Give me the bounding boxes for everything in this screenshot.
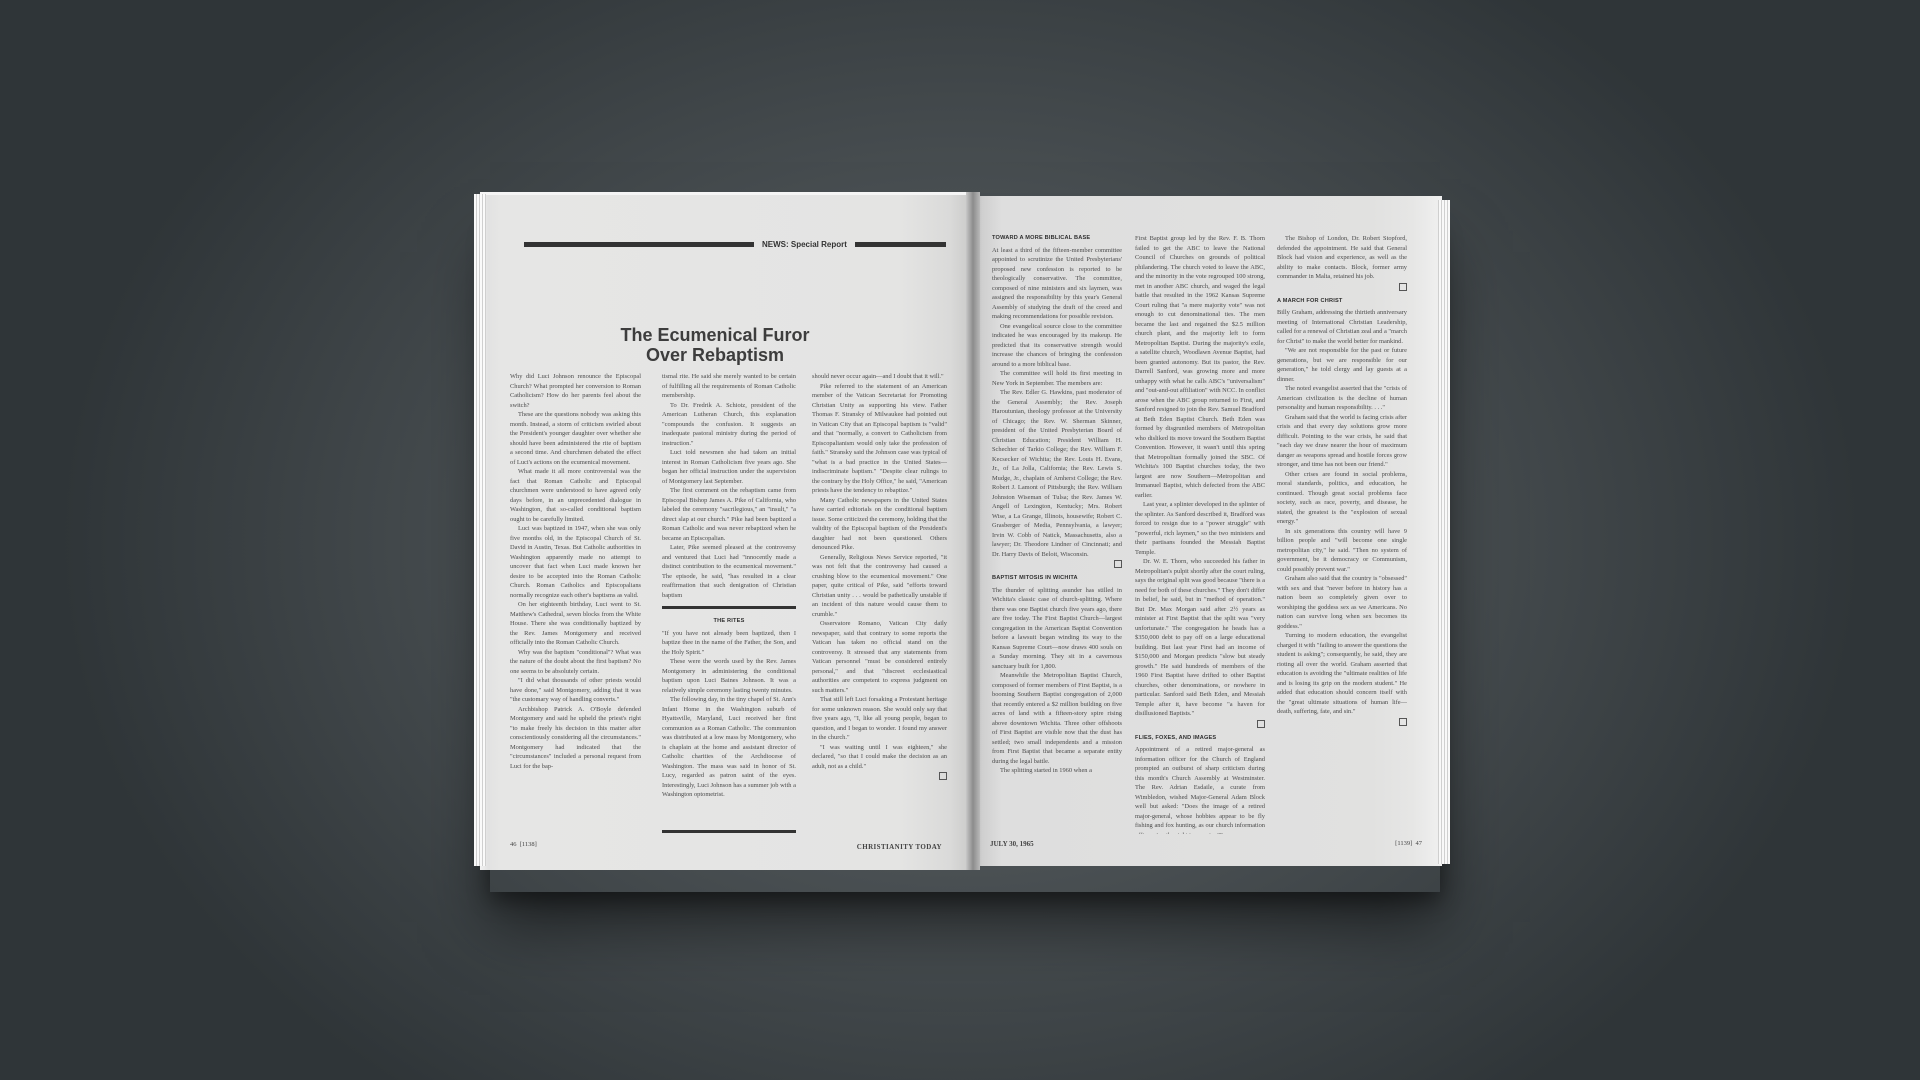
paragraph: "I did what thousands of other priests w… — [510, 676, 641, 705]
subhead-the-rites: THE RITES — [662, 617, 796, 627]
paragraph: Billy Graham, addressing the thirtieth a… — [1277, 308, 1407, 346]
subhead-biblical-base: TOWARD A MORE BIBLICAL BASE — [992, 234, 1122, 244]
paragraph: In six generations this country will hav… — [1277, 527, 1407, 575]
paragraph: "I was waiting until I was eighteen," sh… — [812, 743, 947, 772]
section-label: NEWS: Special Report — [754, 240, 855, 249]
left-issue-page: [1138] — [520, 841, 537, 848]
paragraph: Other crises are found in social problem… — [1277, 470, 1407, 527]
right-issue-page: [1139] — [1395, 840, 1412, 847]
right-column-1: TOWARD A MORE BIBLICAL BASE At least a t… — [992, 234, 1122, 834]
issue-date: JULY 30, 1965 — [990, 840, 1034, 848]
end-mark-icon — [939, 772, 947, 780]
paragraph: Why was the baptism "conditional"? What … — [510, 648, 641, 677]
right-page-edges — [1438, 200, 1450, 864]
left-column-1: Why did Luci Johnson renounce the Episco… — [510, 372, 641, 838]
paragraph: Many Catholic newspapers in the United S… — [812, 496, 947, 553]
paragraph: Why did Luci Johnson renounce the Episco… — [510, 372, 641, 410]
paragraph: Later, Pike seemed pleased at the contro… — [662, 543, 796, 600]
paragraph: The Rev. Edler G. Hawkins, past moderato… — [992, 388, 1122, 559]
paragraph: On her eighteenth birthday, Luci went to… — [510, 600, 641, 648]
paragraph: Generally, Religious News Service report… — [812, 553, 947, 620]
end-mark-icon — [1257, 720, 1265, 728]
left-page: NEWS: Special Report The Ecumenical Furo… — [480, 192, 972, 870]
right-page-footer: [1139] 47 — [1395, 840, 1422, 847]
title-line-1: The Ecumenical Furor — [620, 325, 810, 345]
left-column-2: tismal rite. He said she merely wanted t… — [662, 372, 796, 838]
paragraph: The following day, in the tiny chapel of… — [662, 695, 796, 800]
end-mark-icon — [1399, 718, 1407, 726]
left-page-edges — [474, 194, 486, 866]
paragraph: That still left Luci forsaking a Protest… — [812, 695, 947, 743]
right-page: TOWARD A MORE BIBLICAL BASE At least a t… — [972, 196, 1442, 866]
paragraph: To Dr. Fredrik A. Schiotz, president of … — [662, 401, 796, 449]
paragraph: First Baptist group led by the Rev. F. B… — [1135, 234, 1265, 500]
paragraph: These were the words used by the Rev. Ja… — [662, 657, 796, 695]
subhead-march-for-christ: A MARCH FOR CHRIST — [1277, 297, 1407, 307]
paragraph: What made it all more controversial was … — [510, 467, 641, 524]
paragraph: These are the questions nobody was askin… — [510, 410, 641, 467]
left-column-3: should never occur again—and I doubt tha… — [812, 372, 947, 842]
left-page-footer: 46 [1138] — [510, 841, 537, 848]
paragraph: The Bishop of London, Dr. Robert Stopfor… — [1277, 234, 1407, 282]
spine-gutter — [966, 192, 980, 870]
paragraph: Dr. W. E. Thorn, who succeeded his fathe… — [1135, 557, 1265, 719]
paragraph: "If you have not already been baptized, … — [662, 629, 796, 658]
title-line-2: Over Rebaptism — [620, 345, 810, 365]
paragraph: The first comment on the rebaptism came … — [662, 486, 796, 543]
header-rule-left — [524, 242, 754, 247]
end-mark-icon — [1399, 283, 1407, 291]
paragraph: The splitting started in 1960 when a — [992, 766, 1122, 776]
paragraph: Appointment of a retired major-general a… — [1135, 745, 1265, 834]
subhead-baptist-mitosis: BAPTIST MITOSIS IN WICHITA — [992, 574, 1122, 584]
subhead-flies-foxes: FLIES, FOXES, AND IMAGES — [1135, 734, 1265, 744]
right-folio: 47 — [1416, 840, 1423, 847]
paragraph: Meanwhile the Metropolitan Baptist Churc… — [992, 671, 1122, 766]
paragraph: Graham said that the world is facing cri… — [1277, 413, 1407, 470]
magazine-name: CHRISTIANITY TODAY — [857, 843, 942, 851]
paragraph: Last year, a splinter developed in the s… — [1135, 500, 1265, 557]
left-folio: 46 — [510, 841, 517, 848]
paragraph: should never occur again—and I doubt tha… — [812, 372, 947, 382]
right-column-3: The Bishop of London, Dr. Robert Stopfor… — [1277, 234, 1407, 834]
paragraph: One evangelical source close to the comm… — [992, 322, 1122, 370]
sidebar-rule-bottom — [662, 830, 796, 833]
paragraph: The noted evangelist asserted that the "… — [1277, 384, 1407, 413]
paragraph: Luci was baptized in 1947, when she was … — [510, 524, 641, 600]
paragraph: Luci told newsmen she had taken an initi… — [662, 448, 796, 486]
paragraph: The committee will hold its first meetin… — [992, 369, 1122, 388]
article-title: The Ecumenical Furor Over Rebaptism — [620, 325, 810, 365]
magazine-spread: NEWS: Special Report The Ecumenical Furo… — [480, 192, 1445, 870]
right-column-2: First Baptist group led by the Rev. F. B… — [1135, 234, 1265, 834]
end-mark-icon — [1114, 560, 1122, 568]
paragraph: Graham also said that the country is "ob… — [1277, 574, 1407, 631]
header-rule-right — [855, 242, 946, 247]
paragraph: Pike referred to the statement of an Ame… — [812, 382, 947, 496]
paragraph: Archbishop Patrick A. O'Boyle defended M… — [510, 705, 641, 772]
paragraph: At least a third of the fifteen-member c… — [992, 246, 1122, 322]
section-header: NEWS: Special Report — [524, 239, 946, 249]
paragraph: tismal rite. He said she merely wanted t… — [662, 372, 796, 401]
sidebar-rule-top — [662, 606, 796, 609]
paragraph: Turning to modern education, the evangel… — [1277, 631, 1407, 717]
paragraph: Osservatore Romano, Vatican City daily n… — [812, 619, 947, 695]
paragraph: The thunder of splitting asunder has sti… — [992, 586, 1122, 672]
paragraph: "We are not responsible for the past or … — [1277, 346, 1407, 384]
